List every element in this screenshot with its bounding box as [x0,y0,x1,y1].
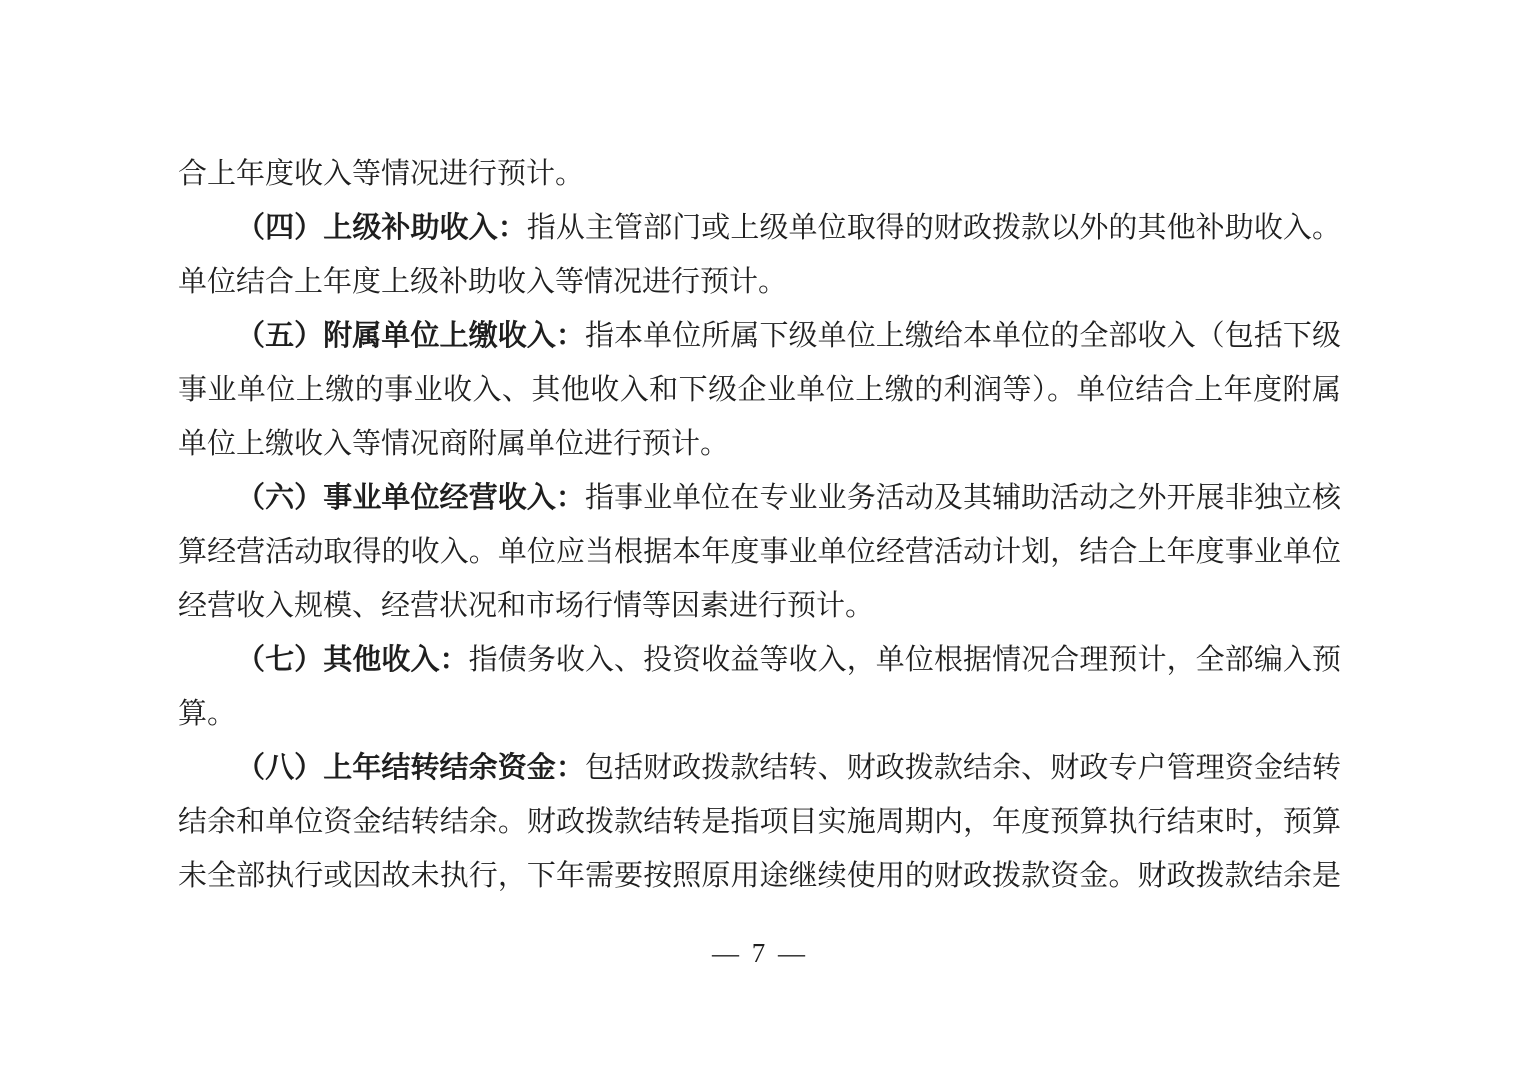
text-line: 事业单位上缴的事业收入、其他收入和下级企业单位上缴的利润等）。单位结合上年度附属 [178,363,1341,417]
page-number: — 7 — [0,938,1520,969]
text-line: 合上年度收入等情况进行预计。 [178,147,1341,201]
text-line: 算经营活动取得的收入。单位应当根据本年度事业单位经营活动计划，结合上年度事业单位 [178,525,1341,579]
paragraph-lead: （五）附属单位上缴收入： [236,320,585,352]
text-run: 结余和单位资金结转结余。财政拨款结转是指项目实施周期内，年度预算执行结束时，预算 [178,806,1341,838]
text-run: 指本单位所属下级单位上缴给本单位的全部收入（包括下级 [585,320,1341,352]
text-run: 算经营活动取得的收入。单位应当根据本年度事业单位经营活动计划，结合上年度事业单位 [178,536,1341,568]
text-line: 单位上缴收入等情况商附属单位进行预计。 [178,417,1341,471]
document-body: 合上年度收入等情况进行预计。 （四）上级补助收入：指从主管部门或上级单位取得的财… [178,147,1341,903]
text-run: 包括财政拨款结转、财政拨款结余、财政专户管理资金结转 [585,752,1341,784]
text-run: 未全部执行或因故未执行，下年需要按照原用途继续使用的财政拨款资金。财政拨款结余是 [178,860,1341,892]
text-run: 指从主管部门或上级单位取得的财政拨款以外的其他补助收入。 [527,212,1341,244]
text-run: 单位上缴收入等情况商附属单位进行预计。 [178,428,729,460]
text-line: （八）上年结转结余资金：包括财政拨款结转、财政拨款结余、财政专户管理资金结转 [178,741,1341,795]
text-line: 算。 [178,687,1341,741]
text-line: 单位结合上年度上级补助收入等情况进行预计。 [178,255,1341,309]
text-line: （五）附属单位上缴收入：指本单位所属下级单位上缴给本单位的全部收入（包括下级 [178,309,1341,363]
paragraph-lead: （六）事业单位经营收入： [236,482,585,514]
text-run: 事业单位上缴的事业收入、其他收入和下级企业单位上缴的利润等）。单位结合上年度附属 [178,374,1341,406]
text-run: 算。 [178,698,236,730]
text-line: （六）事业单位经营收入：指事业单位在专业业务活动及其辅助活动之外开展非独立核 [178,471,1341,525]
text-line: 未全部执行或因故未执行，下年需要按照原用途继续使用的财政拨款资金。财政拨款结余是 [178,849,1341,903]
text-run: 单位结合上年度上级补助收入等情况进行预计。 [178,266,787,298]
text-run: 合上年度收入等情况进行预计。 [178,158,584,190]
paragraph-lead: （四）上级补助收入： [236,212,527,244]
text-run: 经营收入规模、经营状况和市场行情等因素进行预计。 [178,590,874,622]
text-run: 指事业单位在专业业务活动及其辅助活动之外开展非独立核 [585,482,1341,514]
text-line: 结余和单位资金结转结余。财政拨款结转是指项目实施周期内，年度预算执行结束时，预算 [178,795,1341,849]
paragraph-lead: （八）上年结转结余资金： [236,752,585,784]
document-page: 合上年度收入等情况进行预计。 （四）上级补助收入：指从主管部门或上级单位取得的财… [0,0,1520,1074]
text-run: 指债务收入、投资收益等收入，单位根据情况合理预计，全部编入预 [469,644,1341,676]
text-line: 经营收入规模、经营状况和市场行情等因素进行预计。 [178,579,1341,633]
paragraph-lead: （七）其他收入： [236,644,469,676]
text-line: （四）上级补助收入：指从主管部门或上级单位取得的财政拨款以外的其他补助收入。 [178,201,1341,255]
text-line: （七）其他收入：指债务收入、投资收益等收入，单位根据情况合理预计，全部编入预 [178,633,1341,687]
